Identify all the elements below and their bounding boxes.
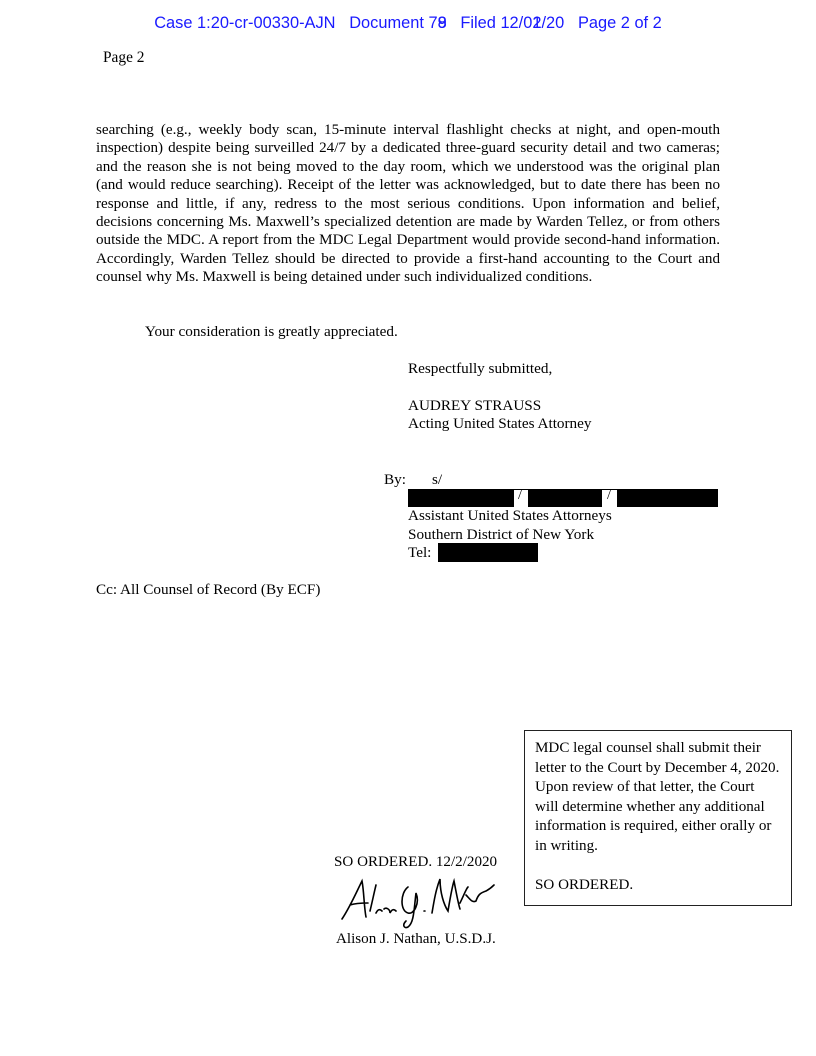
signer-district: Southern District of New York <box>408 526 594 544</box>
filed-date: Filed 12/021/20 <box>460 14 564 32</box>
separator: / <box>518 488 522 504</box>
by-label: By: <box>384 471 406 489</box>
signer-name: AUDREY STRAUSS <box>408 397 541 415</box>
separator: / <box>607 488 611 504</box>
redaction-box <box>528 489 602 507</box>
s-mark: s/ <box>432 471 442 489</box>
closing-line: Your consideration is greatly appreciate… <box>145 323 398 341</box>
cc-line: Cc: All Counsel of Record (By ECF) <box>96 581 320 599</box>
case-number: Case 1:20-cr-00330-AJN <box>154 14 335 32</box>
body-paragraph: searching (e.g., weekly body scan, 15-mi… <box>96 121 720 287</box>
order-box: MDC legal counsel shall submit their let… <box>524 730 792 906</box>
redaction-box <box>408 489 514 507</box>
ecf-header: Case 1:20-cr-00330-AJN Document 798 File… <box>0 14 816 33</box>
redaction-box <box>438 543 538 562</box>
signer-role: Assistant United States Attorneys <box>408 507 612 525</box>
document-number: Document 798 <box>349 14 447 32</box>
redaction-box <box>617 489 718 507</box>
page-label: Page 2 <box>103 49 144 67</box>
closing-salutation: Respectfully submitted, <box>408 360 552 378</box>
signature-icon <box>336 873 496 934</box>
page-count: Page 2 of 2 <box>578 14 662 32</box>
judge-name: Alison J. Nathan, U.S.D.J. <box>336 931 496 948</box>
order-so-ordered: SO ORDERED. <box>535 876 781 896</box>
so-ordered-date: SO ORDERED. 12/2/2020 <box>334 854 497 871</box>
order-text: MDC legal counsel shall submit their let… <box>535 739 781 857</box>
signer-title: Acting United States Attorney <box>408 415 592 433</box>
tel-label: Tel: <box>408 544 431 562</box>
